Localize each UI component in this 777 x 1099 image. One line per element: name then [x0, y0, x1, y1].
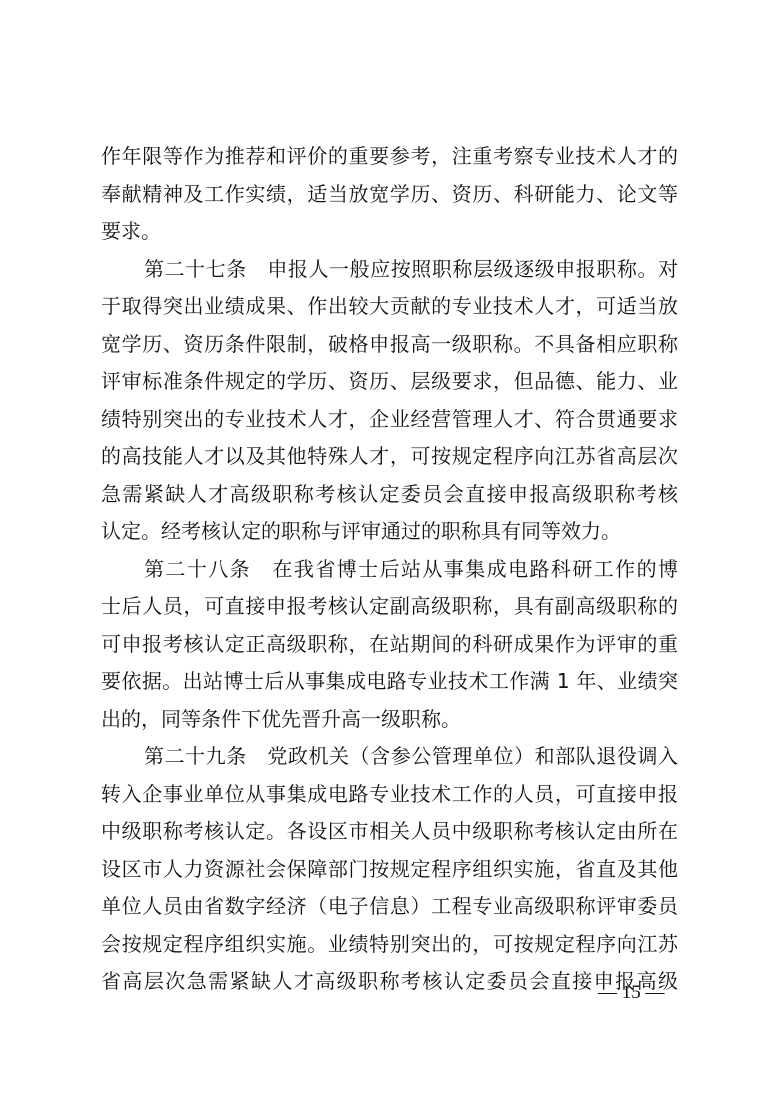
text-line: 作年限等作为推荐和评价的重要参考，注重考察专业技术人才的 [101, 139, 678, 177]
article-27-heading-line: 第二十七条 申报人一般应按照职称层级逐级申报职称。对 [101, 252, 678, 290]
body-text: 作年限等作为推荐和评价的重要参考，注重考察专业技术人才的 奉献精神及工作实绩，适… [101, 139, 678, 1002]
page-number: — 15 — [598, 982, 665, 1004]
text-line: 转入企事业单位从事集成电路专业技术工作的人员，可直接申报 [101, 777, 678, 815]
text-line: 宽学历、资历条件限制，破格申报高一级职称。不具备相应职称 [101, 327, 678, 365]
text-line: 评审标准条件规定的学历、资历、层级要求，但品德、能力、业 [101, 364, 678, 402]
text-line: 省高层次急需紧缺人才高级职称考核认定委员会直接申报高级 [101, 964, 678, 1002]
article-29-heading-line: 第二十九条 党政机关（含参公管理单位）和部队退役调入 [101, 739, 678, 777]
text-line: 认定。经考核认定的职称与评审通过的职称具有同等效力。 [101, 514, 678, 552]
text-line: 会按规定程序组织实施。业绩特别突出的，可按规定程序向江苏 [101, 927, 678, 965]
text-line: 出的，同等条件下优先晋升高一级职称。 [101, 702, 678, 740]
text-line: 可申报考核认定正高级职称，在站期间的科研成果作为评审的重 [101, 627, 678, 665]
text-line: 急需紧缺人才高级职称考核认定委员会直接申报高级职称考核 [101, 477, 678, 515]
text-line: 设区市人力资源社会保障部门按规定程序组织实施，省直及其他 [101, 852, 678, 890]
text-line: 的高技能人才以及其他特殊人才，可按规定程序向江苏省高层次 [101, 439, 678, 477]
text-line: 奉献精神及工作实绩，适当放宽学历、资历、科研能力、论文等 [101, 177, 678, 215]
text-line: 中级职称考核认定。各设区市相关人员中级职称考核认定由所在 [101, 814, 678, 852]
text-line: 于取得突出业绩成果、作出较大贡献的专业技术人才，可适当放 [101, 289, 678, 327]
text-line: 绩特别突出的专业技术人才，企业经营管理人才、符合贯通要求 [101, 402, 678, 440]
text-line: 单位人员由省数字经济（电子信息）工程专业高级职称评审委员 [101, 889, 678, 927]
document-page: 作年限等作为推荐和评价的重要参考，注重考察专业技术人才的 奉献精神及工作实绩，适… [0, 0, 777, 1099]
text-line: 要求。 [101, 214, 678, 252]
text-line: 士后人员，可直接申报考核认定副高级职称，具有副高级职称的 [101, 589, 678, 627]
article-28-heading-line: 第二十八条 在我省博士后站从事集成电路科研工作的博 [101, 552, 678, 590]
text-line: 要依据。出站博士后从事集成电路专业技术工作满 1 年、业绩突 [101, 664, 678, 702]
